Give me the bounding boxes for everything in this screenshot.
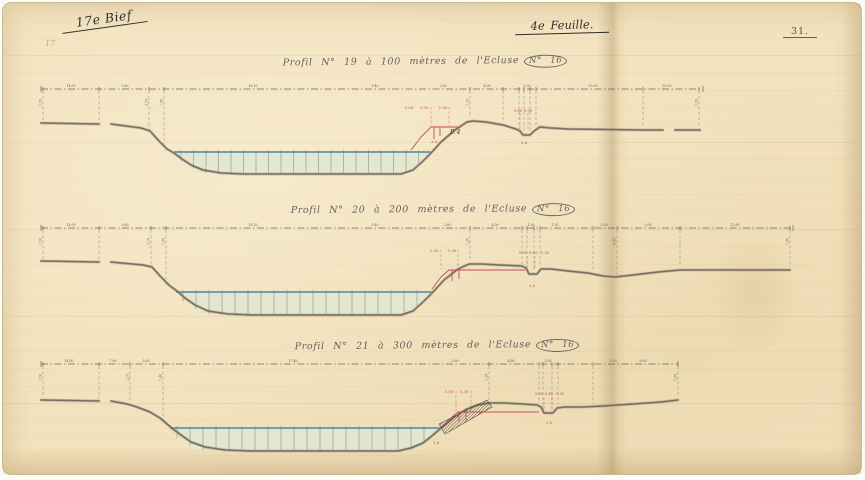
svg-text:4.00: 4.00 (491, 223, 498, 227)
svg-text:50.00: 50.00 (662, 84, 671, 88)
svg-text:14.00: 14.00 (64, 359, 73, 363)
svg-text:1.00: 1.00 (544, 359, 551, 363)
svg-text:9.60: 9.60 (121, 223, 128, 227)
svg-text:4.00: 4.00 (483, 84, 490, 88)
svg-text:1.50: 1.50 (786, 238, 790, 245)
svg-text:1.50: 1.50 (39, 374, 43, 381)
svg-text:1.50: 1.50 (430, 248, 439, 253)
svg-text:1.50: 1.50 (420, 105, 429, 110)
svg-text:1.30: 1.30 (460, 389, 469, 394)
svg-text:12.00: 12.00 (588, 84, 597, 88)
svg-text:3.00: 3.00 (644, 223, 651, 227)
svg-text:1.6: 1.6 (433, 440, 440, 445)
svg-text:14.00: 14.00 (66, 84, 75, 88)
svg-text:14.00: 14.00 (66, 223, 75, 227)
svg-text:1.20: 1.20 (466, 238, 470, 245)
svg-text:1.50: 1.50 (39, 99, 43, 106)
svg-text:2.60: 2.60 (439, 84, 446, 88)
svg-text:1.00: 1.00 (527, 223, 534, 227)
svg-text:P. 4: P. 4 (449, 129, 461, 136)
svg-text:3.10: 3.10 (147, 238, 151, 245)
svg-text:2.60: 2.60 (451, 359, 458, 363)
svg-text:1.30: 1.30 (551, 223, 558, 227)
svg-text:1.20: 1.20 (466, 99, 470, 106)
svg-text:1.30: 1.30 (556, 391, 565, 396)
svg-text:1.50: 1.50 (695, 99, 699, 106)
svg-text:1.30: 1.30 (448, 248, 457, 253)
svg-text:1.30: 1.30 (541, 250, 550, 255)
svg-text:2.6: 2.6 (431, 139, 438, 144)
svg-text:0.60: 0.60 (514, 108, 523, 113)
svg-text:7.60: 7.60 (109, 359, 116, 363)
svg-text:1.40: 1.40 (162, 238, 166, 245)
svg-text:2.60: 2.60 (443, 223, 450, 227)
svg-text:1.00: 1.00 (523, 84, 530, 88)
svg-text:4.60: 4.60 (507, 359, 514, 363)
svg-text:17.40: 17.40 (288, 359, 297, 363)
svg-text:0.60: 0.60 (519, 250, 528, 255)
scanned-sheet: 17e Bief 17 4e Feuille. 31. Profil N° 19… (0, 0, 865, 480)
svg-text:2.6: 2.6 (521, 140, 528, 145)
svg-text:2.6: 2.6 (546, 420, 553, 425)
paper: 17e Bief 17 4e Feuille. 31. Profil N° 19… (2, 2, 862, 475)
svg-text:3.00: 3.00 (609, 359, 616, 363)
svg-text:1.30: 1.30 (439, 105, 448, 110)
svg-text:1.40: 1.40 (160, 99, 164, 106)
svg-text:9.60: 9.60 (121, 84, 128, 88)
svg-text:12.60: 12.60 (730, 223, 739, 227)
svg-text:1.50: 1.50 (674, 374, 678, 381)
svg-text:1.50: 1.50 (445, 389, 454, 394)
svg-text:0.40: 0.40 (545, 391, 554, 396)
svg-text:2.10: 2.10 (126, 374, 130, 381)
svg-text:5.00: 5.00 (142, 359, 149, 363)
svg-text:1.40: 1.40 (159, 374, 163, 381)
cross-section-drawing: 1.503.101.401.201.5014.009.6016.105.402.… (3, 3, 865, 480)
svg-text:1.50: 1.50 (39, 238, 43, 245)
svg-text:2.00: 2.00 (600, 223, 607, 227)
svg-text:0.40: 0.40 (529, 250, 538, 255)
svg-text:0.90: 0.90 (524, 108, 533, 113)
svg-text:2.6: 2.6 (529, 283, 536, 288)
svg-text:1.00: 1.00 (405, 105, 414, 110)
svg-text:8.00: 8.00 (639, 359, 646, 363)
svg-text:5.40: 5.40 (371, 84, 378, 88)
svg-text:3.10: 3.10 (145, 99, 149, 106)
svg-text:1.20: 1.20 (485, 374, 489, 381)
svg-text:5.40: 5.40 (371, 223, 378, 227)
svg-text:16.10: 16.10 (248, 84, 257, 88)
svg-text:0.40: 0.40 (613, 238, 617, 245)
svg-text:16.10: 16.10 (248, 223, 257, 227)
svg-text:0.60: 0.60 (535, 391, 544, 396)
